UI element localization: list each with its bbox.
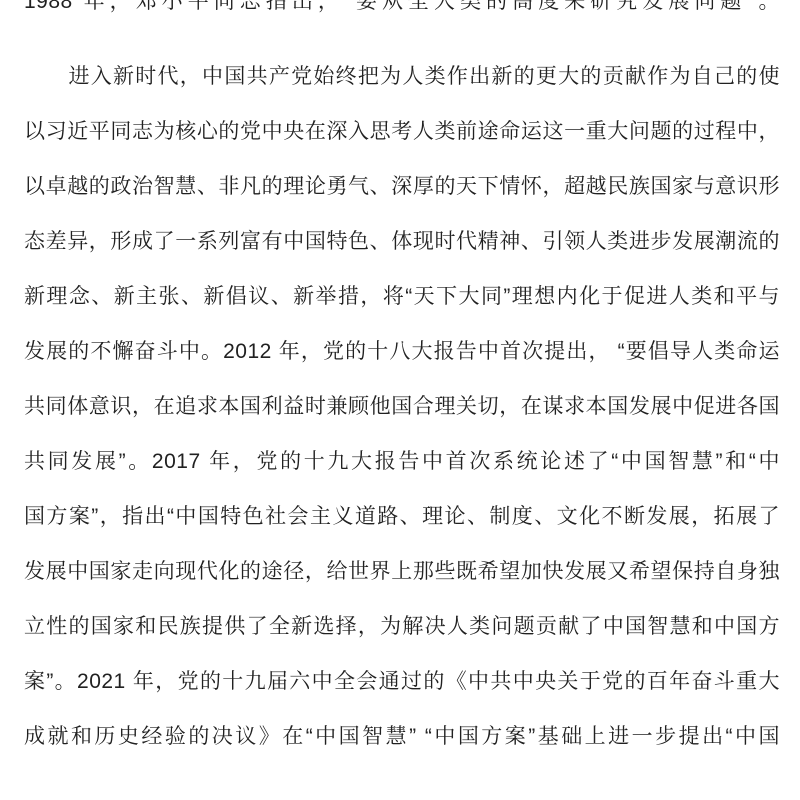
paragraph-line: 立性的国家和民族提供了全新选择，为解决人类问题贡献了中国智慧和中国方 xyxy=(24,599,780,654)
paragraph-line: 以卓越的政治智慧、非凡的理论勇气、深厚的天下情怀，超越民族国家与意识形 xyxy=(24,159,780,214)
paragraph-line: 进入新时代，中国共产党始终把为人类作出新的更大的贡献作为自己的使命， xyxy=(24,49,780,104)
paragraph-line: 共同发展”。2017 年，党的十九大报告中首次系统论述了“中国智慧”和“中 xyxy=(24,434,780,489)
paragraph-line: 发展的不懈奋斗中。2012 年，党的十八大报告中首次提出， “要倡导人类命运 xyxy=(24,324,780,379)
paragraph-line: 成就和历史经验的决议》在“中国智慧” “中国方案”基础上进一步提出“中国 xyxy=(24,709,780,764)
paragraph-line: 态差异，形成了一系列富有中国特色、体现时代精神、引领人类进步发展潮流的 xyxy=(24,214,780,269)
paragraph-line: 国方案”，指出“中国特色社会主义道路、理论、制度、文化不断发展，拓展了 xyxy=(24,489,780,544)
paragraph-end-line-clipped: 1988 年，邓小平同志指出，“要从全人类的高度来研究发展问题”。 xyxy=(24,0,780,29)
paragraph-line: 发展中国家走向现代化的途径，给世界上那些既希望加快发展又希望保持自身独 xyxy=(24,544,780,599)
paragraph-line: 案”。2021 年，党的十九届六中全会通过的《中共中央关于党的百年奋斗重大 xyxy=(24,654,780,709)
document-page: 1988 年，邓小平同志指出，“要从全人类的高度来研究发展问题”。 进入新时代，… xyxy=(0,0,800,800)
paragraph-line: 以习近平同志为核心的党中央在深入思考人类前途命运这一重大问题的过程中， xyxy=(24,104,780,159)
body-text: 1988 年，邓小平同志指出，“要从全人类的高度来研究发展问题”。 进入新时代，… xyxy=(24,0,780,764)
paragraph-line: 共同体意识，在追求本国利益时兼顾他国合理关切，在谋求本国发展中促进各国 xyxy=(24,379,780,434)
paragraph-line: 新理念、新主张、新倡议、新举措，将“天下大同”理想内化于促进人类和平与 xyxy=(24,269,780,324)
